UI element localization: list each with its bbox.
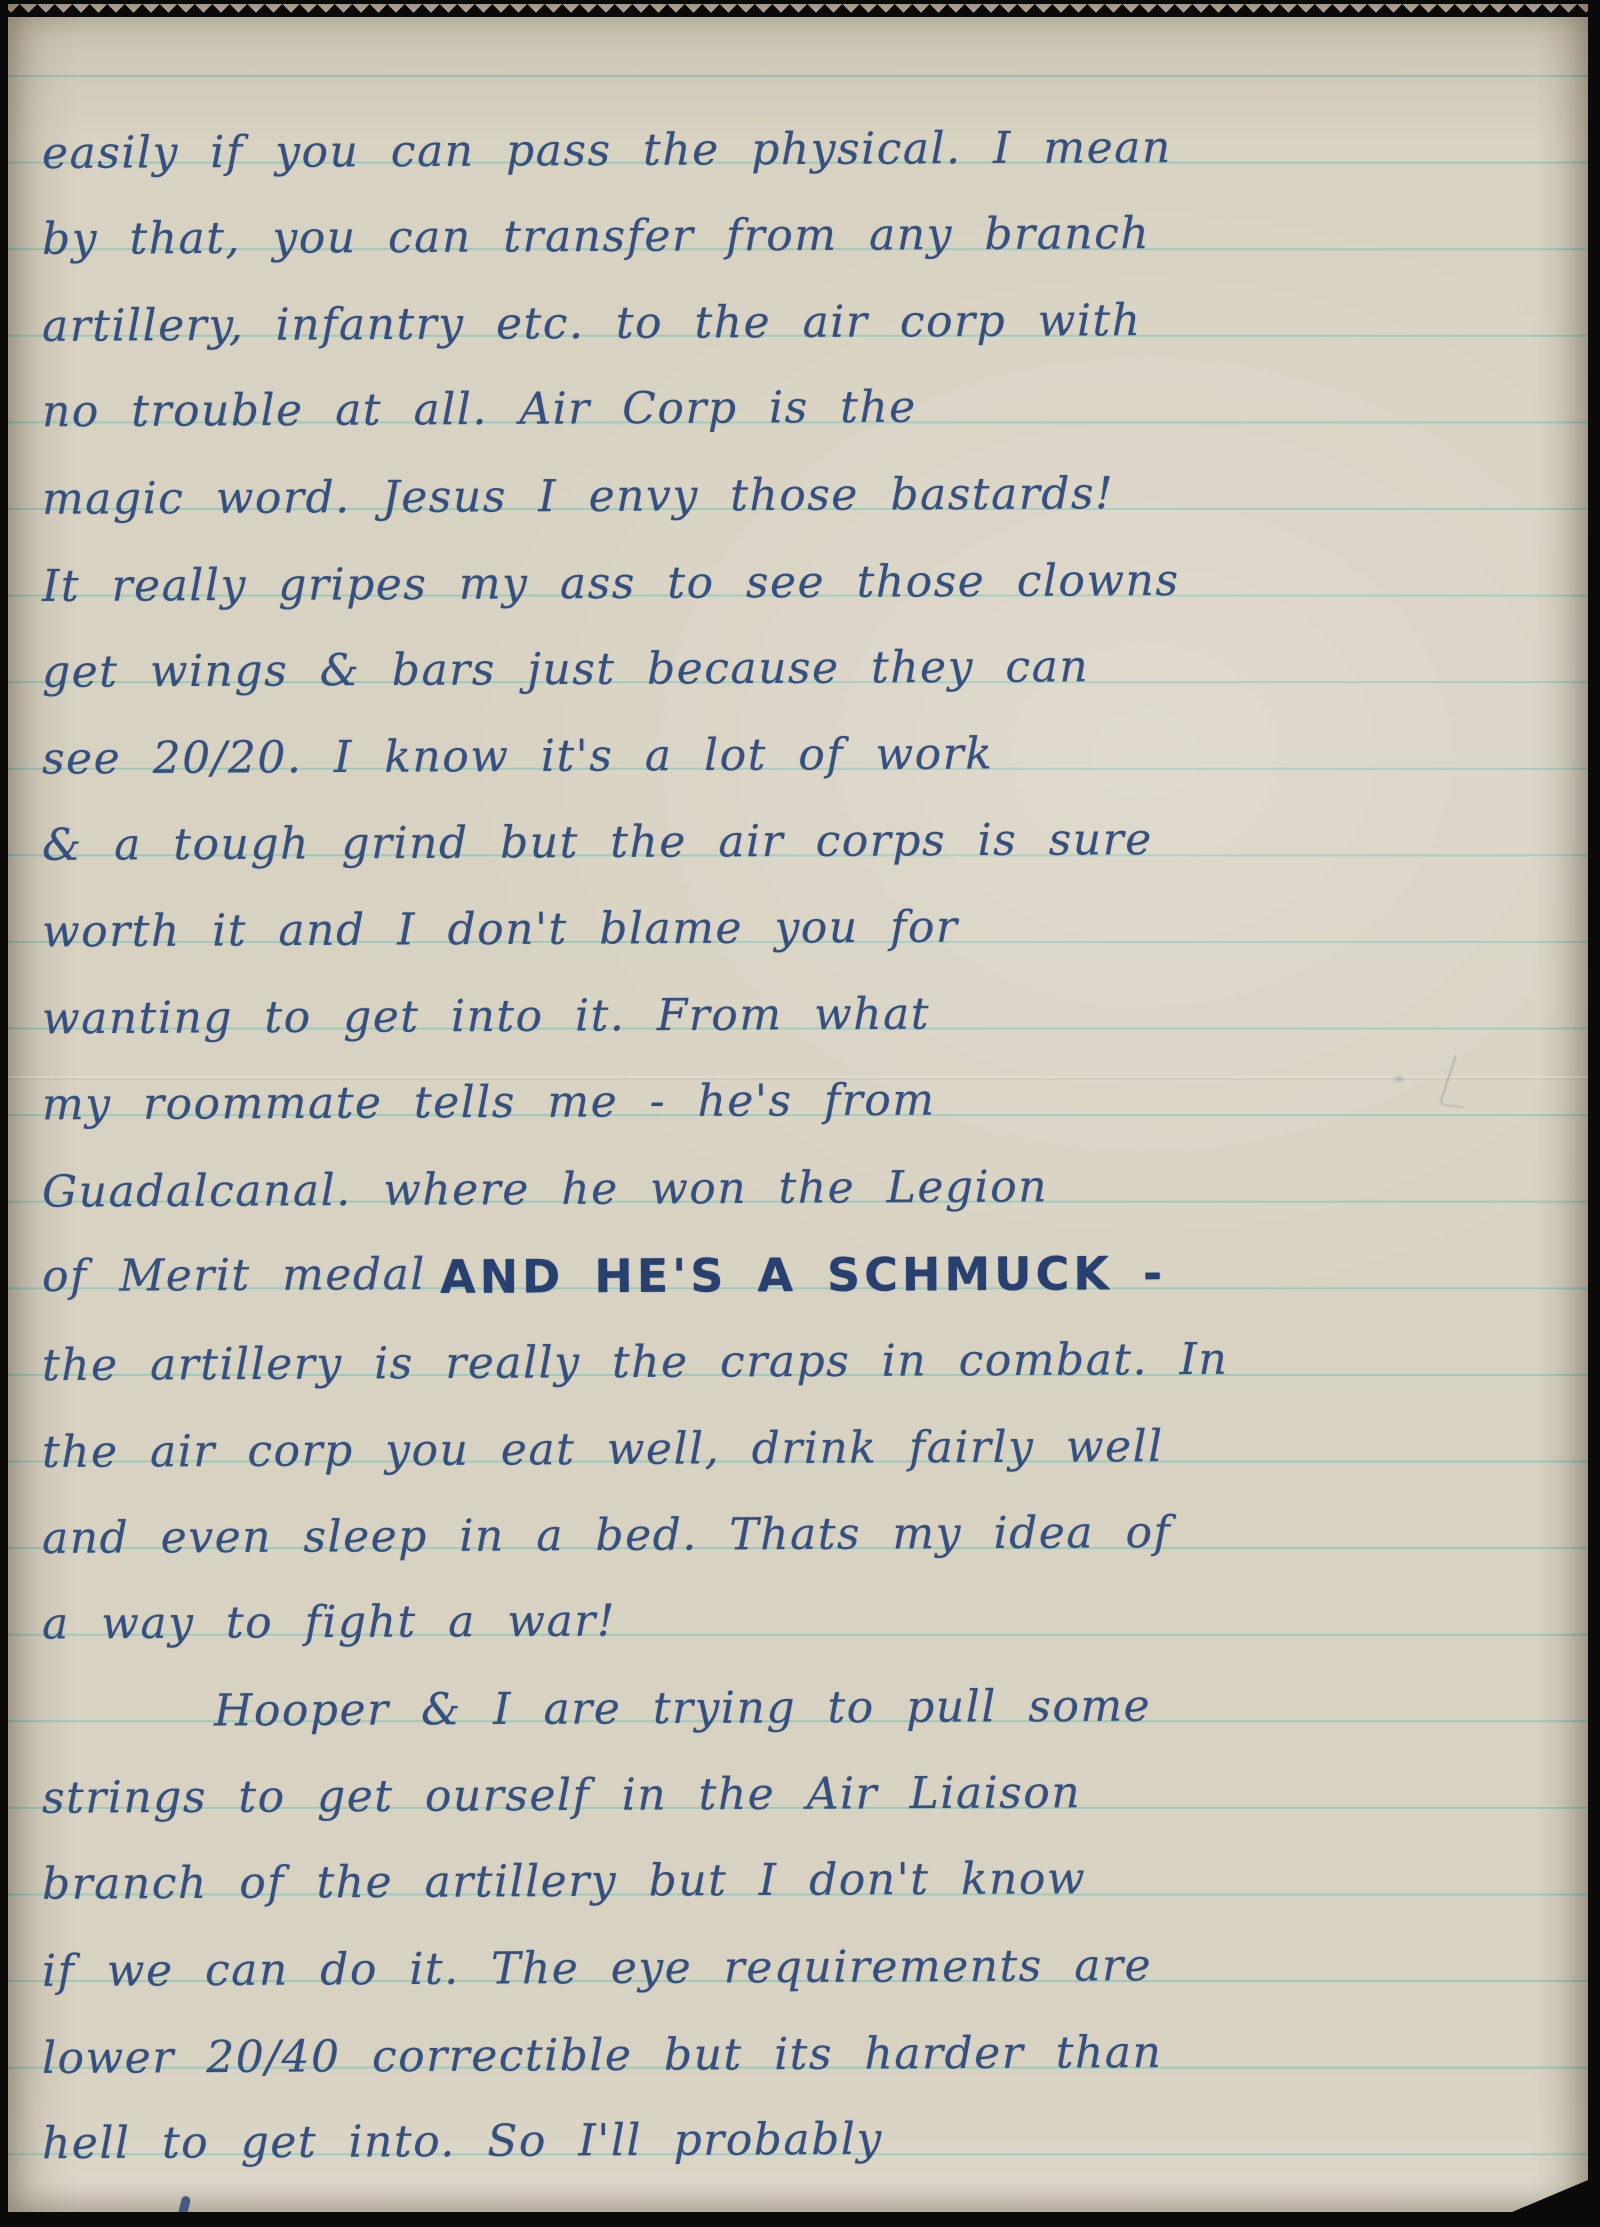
line-text: & a tough grind but the air corps is sur… — [42, 818, 1153, 868]
line-text: wanting to get into it. From what — [42, 992, 930, 1041]
line-text: the air corp you eat well, drink fairly … — [42, 1425, 1164, 1475]
line-text: of Merit medal — [42, 1253, 426, 1299]
line-text: no trouble at all. Air Corp is the — [42, 386, 917, 435]
line-text: my roommate tells me - he's from — [42, 1079, 936, 1128]
stray-ink-mark — [178, 2195, 192, 2217]
line-text: lower 20/40 correctible but its harder t… — [42, 2031, 1163, 2081]
line-text: if we can do it. The eye requirements ar… — [42, 1944, 1152, 1994]
emphasized-caps-text: AND HE'S A SCHMUCK - — [440, 1250, 1166, 1300]
handwritten-line-1: easily if you can pass the physical. I m… — [42, 75, 1550, 162]
scanned-letter-photo: { "colors": { "background": "#0a0a0a", "… — [0, 0, 1600, 2227]
faint-pencil-smudge — [1392, 1074, 1406, 1084]
torn-perforation-edge — [8, 4, 1588, 17]
line-text: Guadalcanal. where he won the Legion — [42, 1165, 1048, 1214]
line-text: Hooper & I are trying to pull some — [214, 1685, 1151, 1734]
line-text: magic word. Jesus I envy those bastards! — [42, 472, 1114, 522]
line-text: the artillery is really the craps in com… — [42, 1338, 1228, 1388]
line-text: strings to get ourself in the Air Liaiso… — [42, 1771, 1081, 1820]
line-text: worth it and I don't blame you for — [42, 906, 959, 955]
line-text: hell to get into. So I'll probably — [42, 2118, 883, 2166]
line-text: artillery, infantry etc. to the air corp… — [42, 299, 1142, 349]
line-text: easily if you can pass the physical. I m… — [42, 126, 1172, 176]
line-text: a way to fight a war! — [42, 1599, 616, 1646]
line-text: by that, you can transfer from any branc… — [42, 212, 1150, 262]
line-text: It really gripes my ass to see those clo… — [42, 559, 1180, 609]
handwritten-text-block: easily if you can pass the physical. I m… — [42, 75, 1550, 2153]
line-text: and even sleep in a bed. Thats my idea o… — [42, 1511, 1172, 1561]
line-text: branch of the artillery but I don't know — [42, 1858, 1086, 1907]
line-text: see 20/20. I know it's a lot of work — [42, 732, 994, 781]
line-text: get wings & bars just because they can — [42, 645, 1089, 694]
letter-paper: easily if you can pass the physical. I m… — [8, 4, 1588, 2212]
